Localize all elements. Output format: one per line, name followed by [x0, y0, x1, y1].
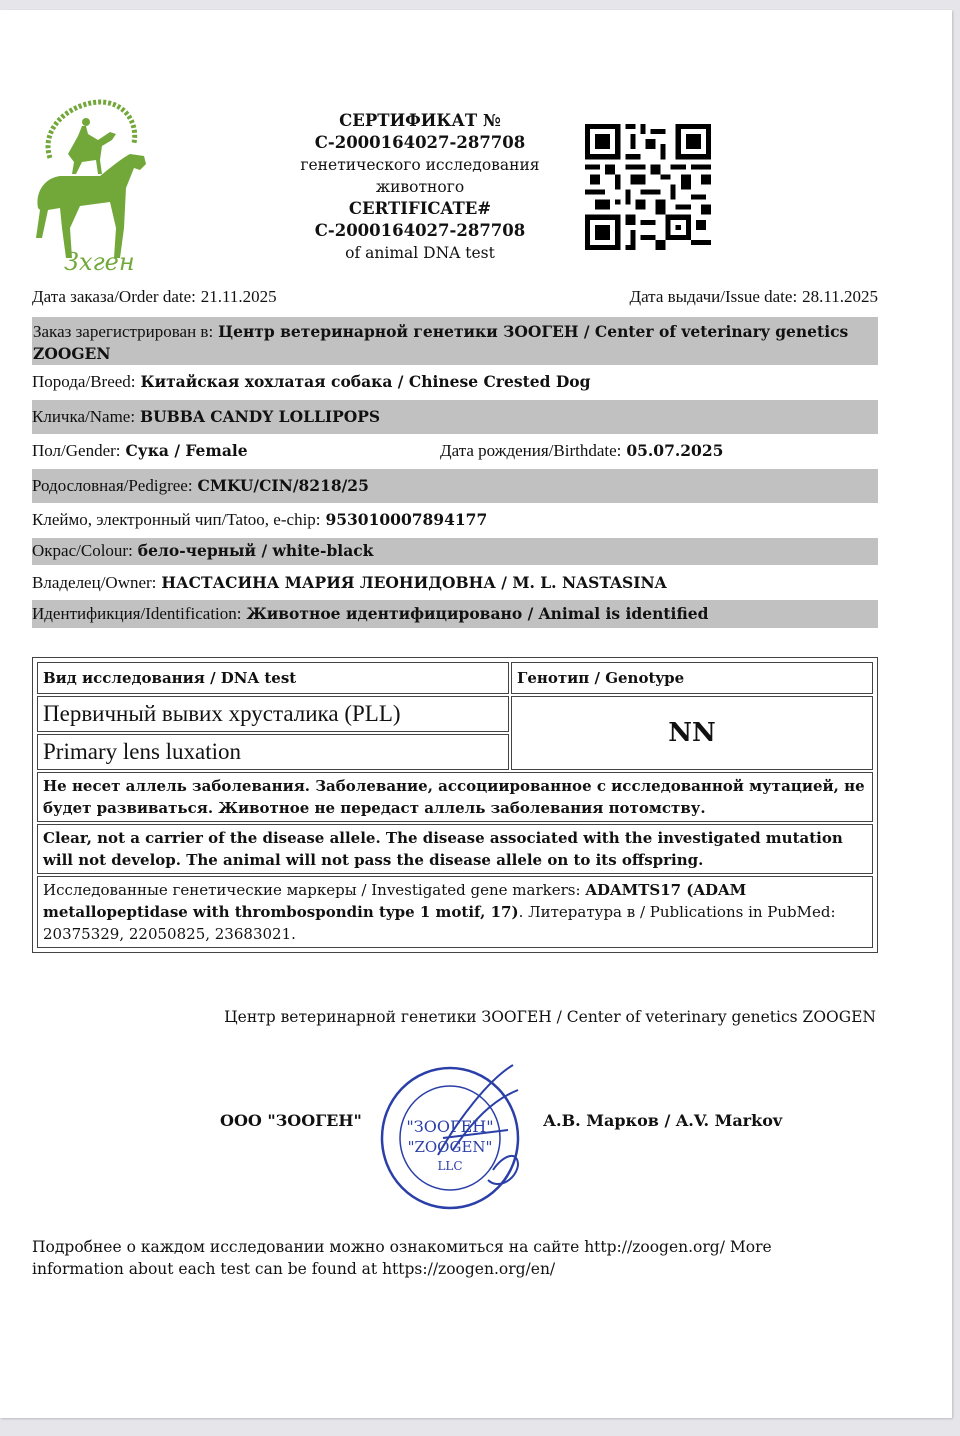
- result-description-en: Clear, not a carrier of the disease alle…: [37, 824, 873, 874]
- table-row: Исследованные генетические маркеры / Inv…: [37, 876, 873, 948]
- cert-subtitle-ru-1: генетического исследования: [275, 154, 565, 176]
- test-name-ru: Первичный вывих хрусталика (PLL): [37, 696, 509, 732]
- field-pedigree: Родословная/Pedigree: CMKU/CIN/8218/25: [32, 469, 878, 503]
- qr-code-icon: [585, 124, 711, 250]
- cert-number-ru: C-2000164027-287708: [275, 132, 565, 154]
- table-row: Не несет аллель заболевания. Заболевание…: [37, 772, 873, 822]
- test-name-en: Primary lens luxation: [37, 734, 509, 770]
- zoogen-logo: Зхген: [30, 98, 155, 276]
- cert-subtitle-en: of animal DNA test: [275, 242, 565, 264]
- svg-text:LLC: LLC: [437, 1159, 462, 1173]
- order-date: Дата заказа/Order date: 21.11.2025: [32, 287, 277, 307]
- dna-test-table: Вид исследования / DNA test Генотип / Ge…: [32, 657, 878, 953]
- qr-code: [585, 124, 711, 250]
- signer-name: А.В. Марков / A.V. Markov: [543, 1111, 782, 1130]
- stamp-icon: "ЗООГЕН" "ZOOGEN" LLC: [378, 1060, 538, 1210]
- table-row: Clear, not a carrier of the disease alle…: [37, 824, 873, 874]
- cert-title-en: CERTIFICATE#: [275, 198, 565, 220]
- svg-text:Зхген: Зхген: [64, 248, 135, 276]
- field-owner: Владелец/Owner: НАСТАСИНА МАРИЯ ЛЕОНИДОВ…: [32, 573, 878, 593]
- header-genotype: Генотип / Genotype: [511, 662, 873, 694]
- field-registered: Заказ зарегистрирован в: Центр ветеринар…: [32, 317, 878, 365]
- cert-number-en: C-2000164027-287708: [275, 220, 565, 242]
- cert-subtitle-ru-2: животного: [275, 176, 565, 198]
- svg-text:"ZOOGEN": "ZOOGEN": [408, 1138, 493, 1156]
- field-name: Кличка/Name: BUBBA CANDY LOLLIPOPS: [32, 400, 878, 434]
- table-header-row: Вид исследования / DNA test Генотип / Ge…: [37, 662, 873, 694]
- company-stamp: "ЗООГЕН" "ZOOGEN" LLC: [378, 1060, 538, 1210]
- horse-rider-logo-icon: Зхген: [30, 98, 155, 276]
- certificate-page: Зхген СЕРТИФИКАТ № C-2000164027-287708 г…: [0, 10, 952, 1418]
- issue-date: Дата выдачи/Issue date: 28.11.2025: [629, 287, 878, 307]
- footer-note: Подробнее о каждом исследовании можно оз…: [32, 1236, 852, 1280]
- table-row: Первичный вывих хрусталика (PLL) NN: [37, 696, 873, 732]
- field-gender: Пол/Gender: Сука / Female Дата рождения/…: [32, 441, 878, 461]
- field-birthdate: Дата рождения/Birthdate: 05.07.2025: [440, 441, 723, 461]
- header-dna-test: Вид исследования / DNA test: [37, 662, 509, 694]
- cert-title-ru: СЕРТИФИКАТ №: [275, 110, 565, 132]
- gene-markers: Исследованные генетические маркеры / Inv…: [37, 876, 873, 948]
- company-name: ООО "ЗООГЕН": [220, 1111, 362, 1130]
- genotype-result: NN: [511, 696, 873, 770]
- dates-row: Дата заказа/Order date: 21.11.2025 Дата …: [32, 287, 878, 307]
- result-description-ru: Не несет аллель заболевания. Заболевание…: [37, 772, 873, 822]
- center-name: Центр ветеринарной генетики ЗООГЕН / Cen…: [224, 1008, 876, 1026]
- field-identification: Идентификция/Identification: Животное ид…: [32, 600, 878, 628]
- certificate-heading: СЕРТИФИКАТ № C-2000164027-287708 генетич…: [275, 110, 565, 264]
- field-chip: Клеймо, электронный чип/Tatoo, e-chip: 9…: [32, 510, 878, 530]
- field-breed: Порода/Breed: Китайская хохлатая собака …: [32, 372, 878, 392]
- field-colour: Окрас/Colour: бело-черный / white-black: [32, 538, 878, 565]
